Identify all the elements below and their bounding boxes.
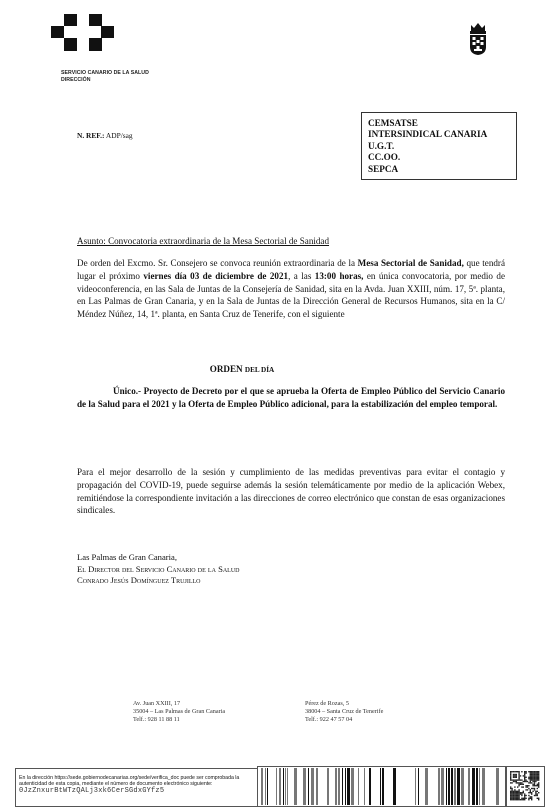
agenda-item: Único.- Proyecto de Decreto por el que s… — [77, 385, 505, 411]
address-santa-cruz: Pérez de Rozas, 5 38004 – Santa Cruz de … — [305, 700, 383, 723]
verification-code: 0JzZnxurBtWTzQALj3xk6CerSGdxGYfz5 — [19, 787, 164, 795]
signature-block: Las Palmas de Gran Canaria, El Director … — [77, 552, 240, 587]
scs-cross-logo-icon — [51, 14, 103, 54]
address-las-palmas: Av. Juan XXIII, 17 35004 – Las Palmas de… — [133, 700, 225, 723]
recipients-box: CEMSATSE INTERSINDICAL CANARIA U.G.T. CC… — [361, 112, 517, 180]
recipient: CC.OO. — [368, 152, 510, 163]
reference: N. REF.: ADP/sag — [77, 131, 133, 140]
text: De orden del Excmo. Sr. Consejero se con… — [77, 258, 358, 268]
reference-label: N. REF.: — [77, 131, 104, 140]
meeting-time: 13:00 horas, — [315, 271, 364, 281]
agenda-heading: ORDEN DEL DÍA — [77, 364, 407, 374]
subject: Asunto: Convocatoria extraordinaria de l… — [77, 236, 329, 246]
recipient: INTERSINDICAL CANARIA — [368, 129, 510, 140]
address-phone: Telf.: 922 47 57 04 — [305, 716, 383, 724]
signature-title: El Director del Servicio Canario de la S… — [77, 564, 240, 576]
address-line: 35004 – Las Palmas de Gran Canaria — [133, 708, 225, 716]
organization-line2: DIRECCIÓN — [61, 77, 149, 84]
heading-small: DEL DÍA — [245, 366, 274, 374]
organization-name: SERVICIO CANARIO DE LA SALUD DIRECCIÓN — [61, 70, 149, 83]
verification-text: En la dirección https://sede.gobiernodec… — [19, 775, 239, 787]
covid-paragraph: Para el mejor desarrollo de la sesión y … — [77, 466, 505, 517]
address-phone: Telf.: 928 11 88 11 — [133, 716, 225, 724]
reference-value: ADP/sag — [106, 131, 133, 140]
agenda-item-label: Único.- — [113, 386, 141, 396]
meeting-name: Mesa Sectorial de Sanidad, — [358, 258, 464, 268]
recipient: CEMSATSE — [368, 118, 510, 129]
recipient: SEPCA — [368, 164, 510, 175]
meeting-date: viernes día 03 de diciembre de 2021 — [143, 271, 288, 281]
convocation-paragraph: De orden del Excmo. Sr. Consejero se con… — [77, 257, 505, 321]
recipient: U.G.T. — [368, 141, 510, 152]
verification-box: En la dirección https://sede.gobiernodec… — [15, 768, 258, 807]
text: , a las — [288, 271, 315, 281]
heading-main: ORDEN — [210, 364, 245, 374]
qr-code-icon — [506, 766, 545, 807]
signature-name: Conrado Jesús Domínguez Trujillo — [77, 575, 240, 587]
coat-of-arms-icon — [467, 22, 489, 56]
barcode-icon — [257, 766, 506, 807]
address-line: 38004 – Santa Cruz de Tenerife — [305, 708, 383, 716]
address-line: Av. Juan XXIII, 17 — [133, 700, 225, 708]
address-line: Pérez de Rozas, 5 — [305, 700, 383, 708]
signature-place: Las Palmas de Gran Canaria, — [77, 552, 240, 564]
agenda-item-text: Proyecto de Decreto por el que se aprueb… — [77, 386, 505, 409]
organization-line1: SERVICIO CANARIO DE LA SALUD — [61, 70, 149, 77]
